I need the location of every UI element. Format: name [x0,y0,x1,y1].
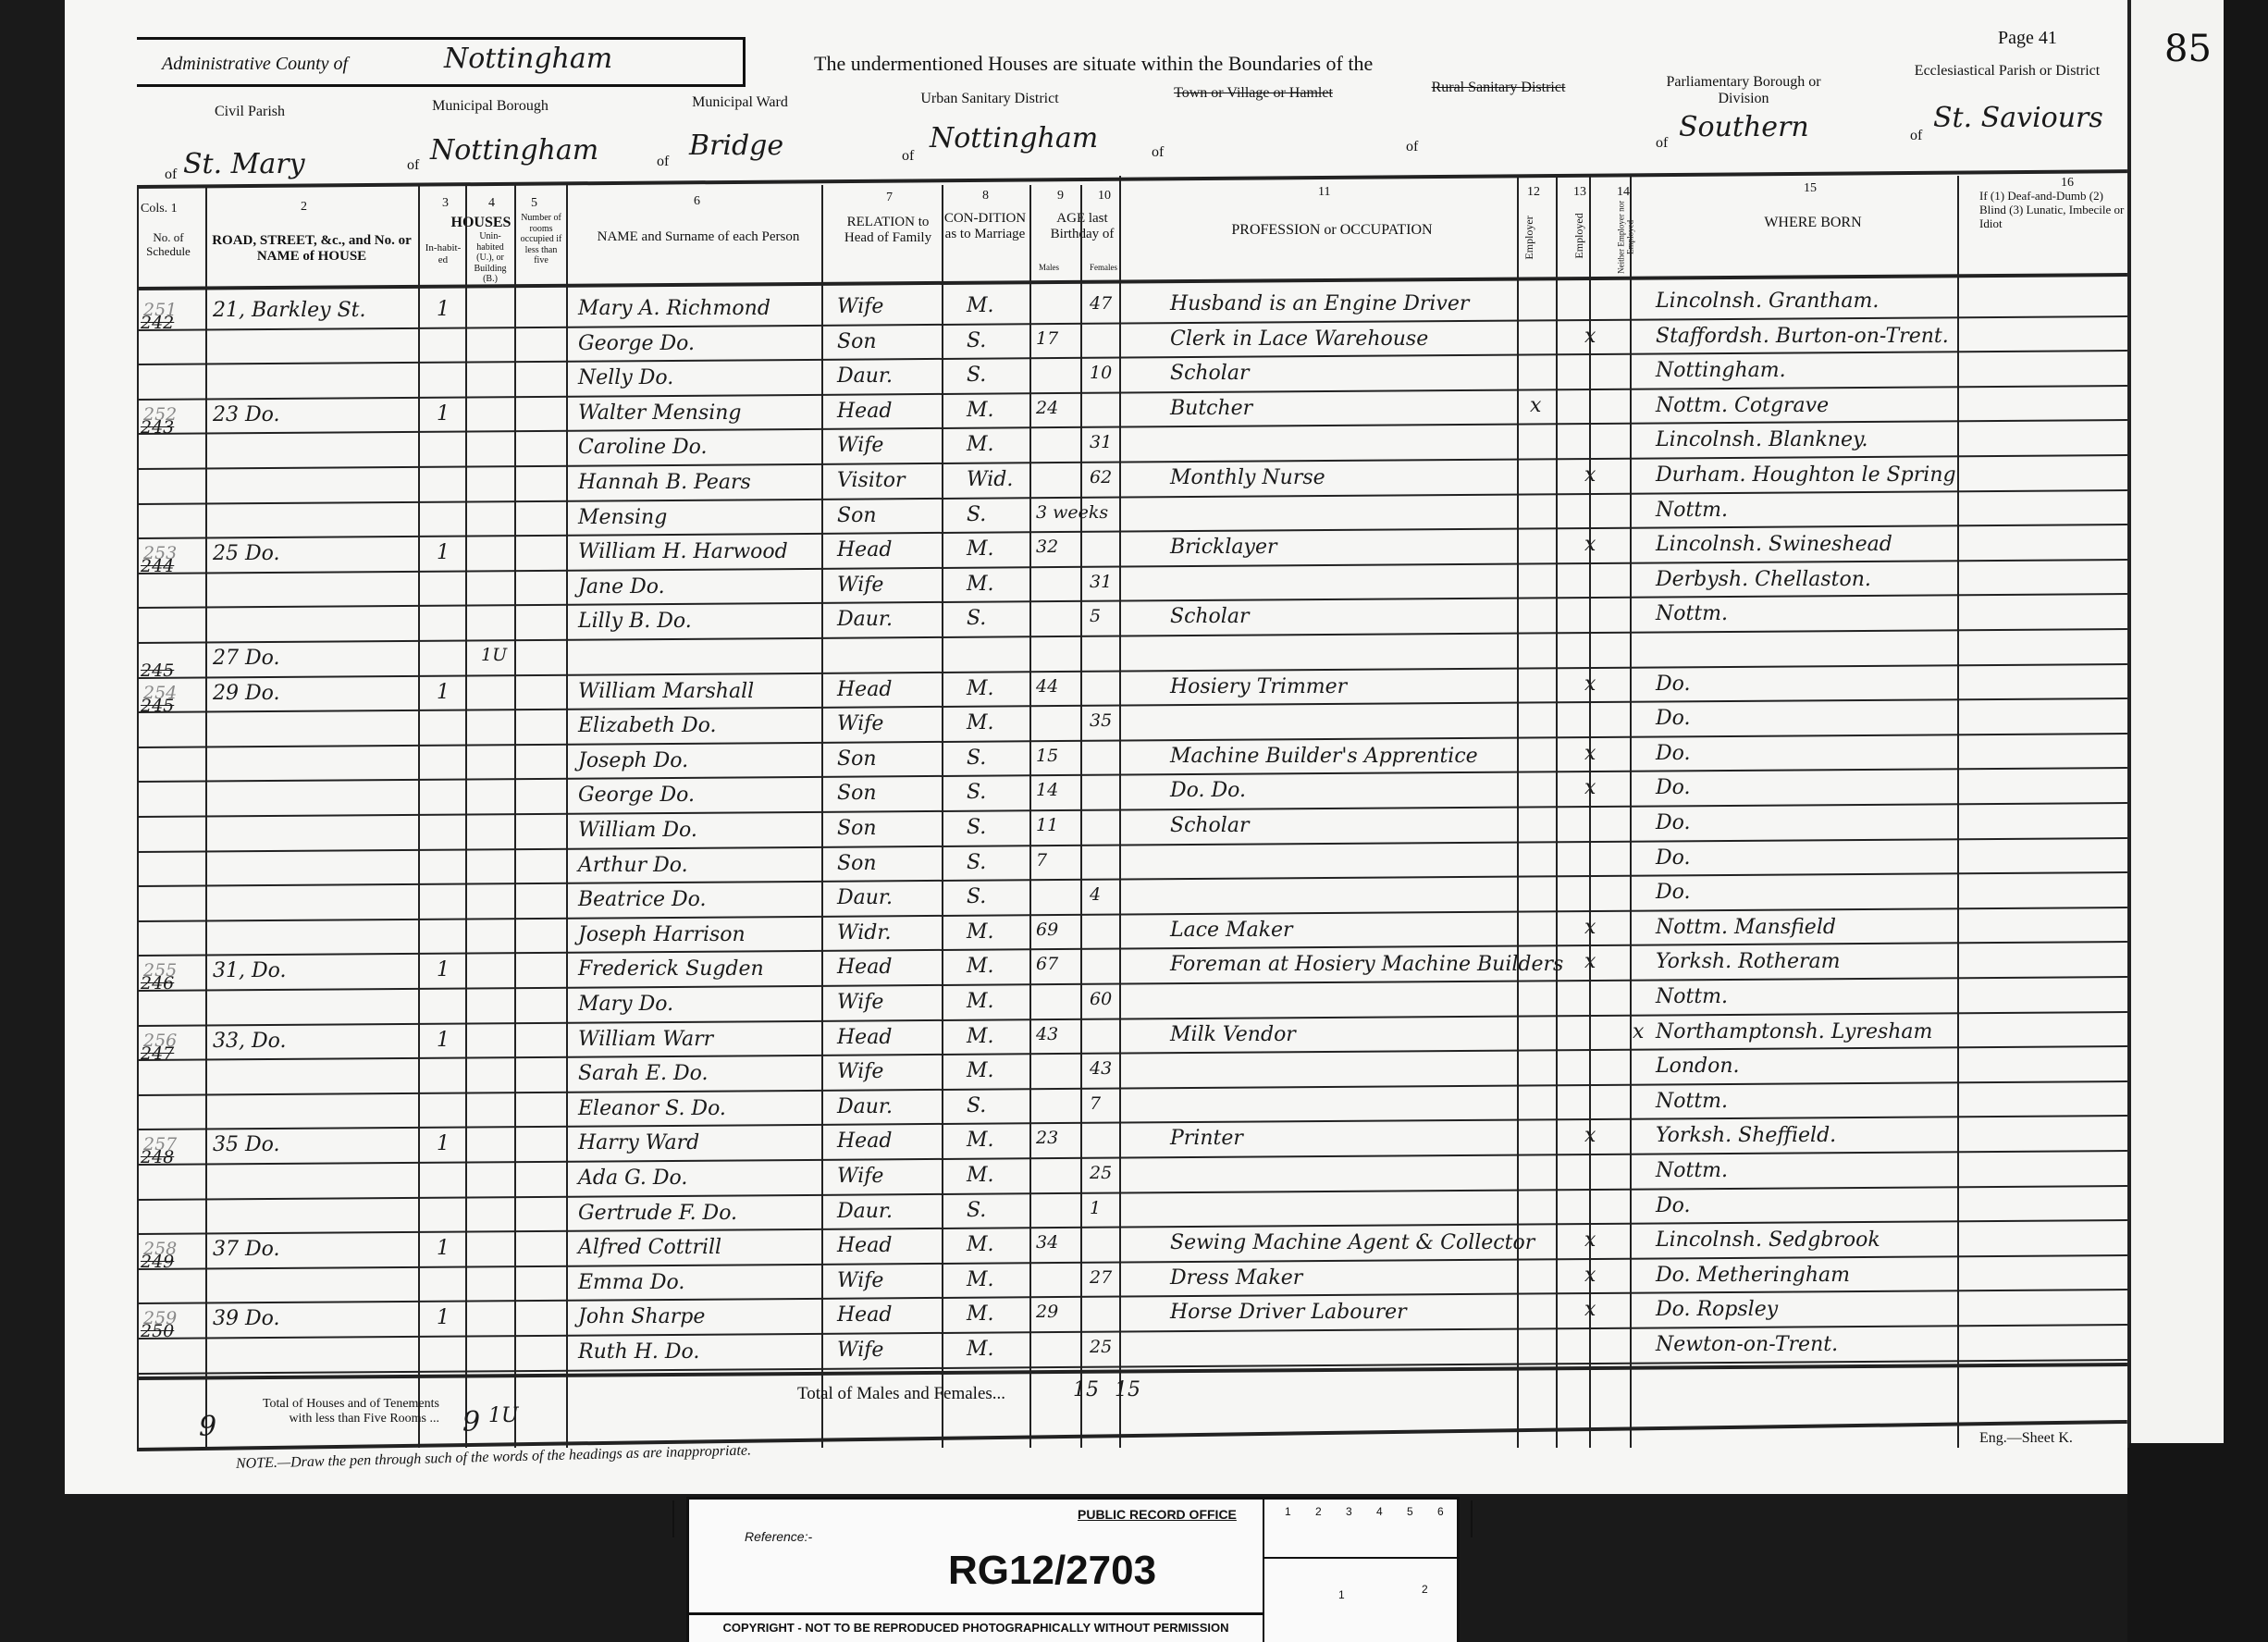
cell-occupation: Bricklayer [1170,536,1277,559]
cell-condition: M. [967,1025,994,1048]
cell-female-age: 60 [1090,989,1112,1009]
cell-male-age: 29 [1036,1302,1058,1322]
cell-relation: Head [837,678,892,701]
col-number: 14 [1617,185,1630,200]
reference-label: Reference:- [745,1529,812,1544]
total-females: 15 [1115,1378,1140,1401]
cell-relation: Head [837,1130,892,1153]
of-prefix: of [407,157,419,174]
cell-struck-schedule: 249 [141,1252,174,1272]
cell-occupation: Husband is an Engine Driver [1170,292,1469,315]
cell-condition: M. [967,990,994,1013]
col-number: 3 [442,196,449,211]
rural-sanitary-label: Rural Sanitary District [1387,80,1609,96]
cell-name: George Do. [578,332,695,355]
column-rule [514,185,516,1448]
cell-inhabited: 1 [437,402,450,426]
cell-occupation: Machine Builder's Apprentice [1170,745,1478,768]
county-label: Administrative County of [162,54,348,75]
cell-struck-schedule: 244 [141,556,174,576]
cell-name: William Do. [578,819,697,842]
ruler-mark: 2 [1422,1583,1428,1596]
persons-total-label: Total of Males and Females... [797,1384,1005,1404]
ruler-mark: 1 [1338,1588,1345,1601]
cell-struck-schedule: 250 [141,1321,174,1341]
cell-occupation: Do. Do. [1170,779,1246,802]
total-schedules: 9 [199,1411,216,1443]
cell-relation: Son [837,782,877,805]
cell-employed: x [1584,673,1596,696]
cell-born: London. [1656,1055,1740,1078]
females-header: Females [1090,263,1117,272]
cell-address: 27 Do. [213,647,279,670]
cell-male-age: 17 [1036,328,1058,349]
total-inhabited: 9 [462,1406,480,1438]
cell-employed: x [1584,463,1596,487]
cell-name: Caroline Do. [578,436,707,459]
cell-inhabited: 1 [437,298,450,321]
cell-condition: M. [967,711,994,735]
cell-inhabited: 1 [437,681,450,704]
cell-born: Newton-on-Trent. [1656,1333,1838,1356]
cell-born: Lincolnsh. Grantham. [1656,290,1879,313]
cell-born: Do. [1656,776,1691,799]
cell-born: Derbysh. Chellaston. [1656,568,1871,591]
ruler-mark: 2 [1315,1505,1322,1518]
col-number: 13 [1573,185,1586,200]
ecclesiastical-parish-value: St. Saviours [1933,102,2103,134]
cell-born: Lincolnsh. Blankney. [1656,428,1868,451]
column-rule [1080,185,1082,1448]
col-number: 2 [301,200,307,215]
cell-relation: Wife [837,712,883,735]
cell-name: Elizabeth Do. [578,714,716,737]
cell-born: Nottm. [1656,1159,1728,1182]
cell-female-age: 47 [1090,293,1112,314]
cell-condition: M. [967,1164,994,1187]
of-prefix: of [902,148,914,165]
cell-born: Do. [1656,1194,1691,1217]
cell-inhabited: 1 [437,1237,450,1260]
col-number: 10 [1098,189,1111,204]
cell-relation: Son [837,852,877,875]
cell-name: Hannah B. Pears [578,471,751,494]
cell-struck-schedule: 246 [141,973,174,994]
cell-name: Ada G. Do. [578,1167,687,1190]
cell-name: William Marshall [578,680,754,703]
cell-female-age: 35 [1090,710,1112,731]
cell-born: Do. [1656,673,1691,696]
cell-born: Do. [1656,811,1691,834]
cell-address: 23 Do. [213,403,279,426]
cell-name: John Sharpe [578,1305,705,1328]
cell-born: Nottm. Cotgrave [1656,394,1829,417]
column-rule [942,185,943,1448]
cell-relation: Son [837,817,877,840]
employer-header: Employer [1523,216,1536,259]
cell-born: Durham. Houghton le Spring [1656,463,1956,487]
cell-condition: M. [967,1302,994,1326]
cell-occupation: Horse Driver Labourer [1170,1301,1407,1324]
column-rule [418,185,420,1448]
col-number: 15 [1804,181,1817,196]
column-rule [1517,176,1519,1448]
cell-born: Do. [1656,881,1691,904]
cell-occupation: Foreman at Hosiery Machine Builders [1170,953,1563,976]
cell-born: Nottm. [1656,985,1728,1008]
uninhabited-header: Unin-habited (U.), or Building (B.) [467,231,513,285]
cell-relation: Son [837,330,877,353]
cell-condition: S. [967,851,986,874]
cell-address: 21, Barkley St. [213,299,366,322]
binding-mark [1471,1500,1473,1537]
cell-condition: M. [967,1233,994,1256]
cell-male-age: 11 [1036,815,1058,835]
cell-born: Do. Metheringham [1656,1264,1850,1287]
cell-female-age: 43 [1090,1058,1112,1079]
cell-condition: M. [967,677,994,700]
cell-male-age: 69 [1036,920,1058,940]
cell-name: George Do. [578,784,695,807]
cell-occupation: Sewing Machine Agent & Collector [1170,1231,1535,1254]
cell-neither: x [1633,1020,1644,1043]
cell-inhabited: 1 [437,1306,450,1329]
cell-condition: S. [967,1199,986,1222]
adjacent-page-strip [2127,0,2224,1443]
name-header: NAME and Surname of each Person [578,229,819,245]
cell-male-age: 67 [1036,954,1058,974]
where-born-header: WHERE BORN [1720,215,1905,231]
cell-name: Joseph Do. [578,749,688,772]
ruler-mark: 3 [1346,1505,1352,1518]
cell-condition: S. [967,1094,986,1117]
cell-male-age: 15 [1036,746,1058,766]
cell-occupation: Milk Vendor [1170,1023,1296,1046]
cell-condition: M. [967,1268,994,1291]
col-number: 5 [531,196,537,211]
cell-condition: S. [967,364,986,387]
cell-relation: Head [837,956,892,979]
cell-name: Nelly Do. [578,366,673,389]
col-number: 4 [488,196,495,211]
condition-header: CON-DITION as to Marriage [943,211,1027,243]
cell-employed: x [1584,742,1596,765]
cell-struck-schedule: 248 [141,1147,174,1167]
cell-condition: S. [967,885,986,908]
cell-born: Nottm. [1656,602,1728,625]
cell-born: Staffordsh. Burton-on-Trent. [1656,325,1949,348]
cell-employed: x [1584,776,1596,799]
cell-condition: Wid. [967,468,1013,491]
cell-male-age: 44 [1036,676,1058,697]
folio-number: 85 [2164,28,2212,70]
ruler-mark: 6 [1437,1505,1444,1518]
col-number: 9 [1057,189,1064,204]
cell-relation: Son [837,504,877,527]
cell-condition: M. [967,573,994,596]
cell-inhabited: 1 [437,541,450,564]
cell-uninhabited: 1U [481,645,507,665]
cell-relation: Head [837,538,892,562]
cell-relation: Son [837,747,877,771]
cell-female-age: 31 [1090,572,1112,592]
cell-struck-schedule: 245 [141,661,174,681]
cell-address: 39 Do. [213,1307,279,1330]
cell-female-age: 5 [1090,606,1101,626]
cell-occupation: Printer [1170,1127,1243,1150]
column-rule [465,185,467,1448]
cell-occupation: Monthly Nurse [1170,466,1325,489]
inhabited-header: In-habit-ed [421,242,465,265]
cell-relation: Wife [837,434,883,457]
municipal-borough-value: Nottingham [430,134,598,167]
cell-address: 33, Do. [213,1030,286,1053]
parliamentary-division-label: Parliamentary Borough or Division [1642,74,1845,108]
cell-occupation: Butcher [1170,397,1252,420]
cell-female-age: 31 [1090,432,1112,452]
schedule-header: No. of Schedule [141,231,196,259]
cell-born: Yorksh. Rotheram [1656,950,1840,973]
cell-female-age: 27 [1090,1267,1112,1288]
cell-occupation: Hosiery Trimmer [1170,675,1347,698]
cell-born: Nottm. [1656,499,1728,522]
of-prefix: of [165,167,177,183]
cell-male-age: 34 [1036,1232,1058,1253]
cell-condition: M. [967,433,994,456]
ruler-mark: 4 [1376,1505,1383,1518]
intro-text: The undermentioned Houses are situate wi… [814,52,1373,75]
cell-born: Nottm. [1656,1090,1728,1113]
cell-born: Nottingham. [1656,359,1786,382]
page-label: Page 41 [1998,28,2057,49]
cell-male-age: 24 [1036,398,1058,418]
col-number: 7 [886,191,893,205]
cell-born: Lincolnsh. Swineshead [1656,533,1892,556]
cell-name: Alfred Cottrill [578,1236,721,1259]
cell-relation: Head [837,400,892,423]
cell-address: 29 Do. [213,682,279,705]
cell-name: Mary Do. [578,993,673,1016]
cell-name: Beatrice Do. [578,888,707,911]
cell-inhabited: 1 [437,1029,450,1052]
col-number: 6 [694,194,700,209]
cell-relation: Daur. [837,886,893,909]
neither-header: Neither Employer nor Employed [1617,200,1636,274]
parliamentary-division-value: Southern [1679,111,1809,143]
column-rule [821,185,823,1448]
cell-occupation: Scholar [1170,605,1249,628]
cell-born: Do. [1656,846,1691,870]
cell-condition: M. [967,955,994,978]
of-prefix: of [1406,139,1418,155]
rooms-header: Number of rooms occupied if less than fi… [518,213,564,266]
cell-name: William H. Harwood [578,540,788,563]
cell-name: Mensing [578,506,667,529]
cell-relation: Daur. [837,608,893,631]
cell-born: Do. [1656,742,1691,765]
cell-condition: S. [967,781,986,804]
cell-employed: x [1584,916,1596,939]
cell-employed: x [1584,1264,1596,1287]
cell-condition: M. [967,294,994,317]
cell-occupation: Scholar [1170,362,1249,385]
males-header: Males [1039,263,1059,272]
cell-condition: M. [967,920,994,944]
cell-born: Do. Ropsley [1656,1298,1778,1321]
cell-male-age: 7 [1036,850,1047,870]
address-header: ROAD, STREET, &c., and No. or NAME of HO… [205,233,418,265]
col-number: 12 [1527,185,1540,200]
cell-address: 31, Do. [213,959,286,982]
cell-employed: x [1584,1228,1596,1252]
cell-male-age: 23 [1036,1128,1058,1148]
cell-name: Emma Do. [578,1271,684,1294]
cell-condition: M. [967,1338,994,1361]
cell-female-age: 25 [1090,1337,1112,1357]
occupation-header: PROFESSION or OCCUPATION [1184,222,1480,239]
ruler-mark: 5 [1407,1505,1413,1518]
column-rule [1556,176,1558,1448]
cell-relation: Daur. [837,364,893,388]
cell-born: Lincolnsh. Sedgbrook [1656,1228,1880,1252]
cell-condition: S. [967,503,986,526]
cell-inhabited: 1 [437,1132,450,1155]
of-prefix: of [1910,128,1922,144]
total-males: 15 [1073,1378,1099,1401]
cell-struck-schedule: 243 [141,417,174,438]
municipal-borough-label: Municipal Borough [398,98,583,115]
urban-sanitary-label: Urban Sanitary District [888,91,1091,107]
employed-header: Employed [1573,213,1586,258]
town-village-label: Town or Village or Hamlet [1138,85,1369,102]
civil-parish-label: Civil Parish [180,104,319,120]
cell-inhabited: 1 [437,958,450,981]
cell-born: Do. [1656,707,1691,730]
cell-name: Arthur Do. [578,854,688,877]
of-prefix: of [1152,144,1164,161]
sheet-label: Eng.—Sheet K. [1979,1430,2073,1447]
cell-condition: M. [967,1059,994,1082]
cell-employed: x [1584,1124,1596,1147]
cell-address: 37 Do. [213,1238,279,1261]
cell-born: Nottm. Mansfield [1656,916,1836,939]
cell-name: Ruth H. Do. [578,1340,699,1364]
column-rule [1589,176,1591,1448]
cell-condition: S. [967,816,986,839]
cell-occupation: Clerk in Lace Warehouse [1170,327,1428,351]
cell-born: Northamptonsh. Lyresham [1656,1020,1932,1043]
cell-relation: Head [837,1026,892,1049]
cell-name: Eleanor S. Do. [578,1097,726,1120]
cell-female-age: 1 [1090,1198,1101,1218]
cell-relation: Head [837,1234,892,1257]
cell-employer: x [1530,394,1541,417]
copyright-notice: COPYRIGHT - NOT TO BE REPRODUCED PHOTOGR… [689,1612,1263,1635]
municipal-ward-label: Municipal Ward [657,94,823,111]
record-office-title: PUBLIC RECORD OFFICE [1078,1507,1237,1522]
cell-condition: S. [967,747,986,770]
cell-condition: M. [967,399,994,422]
urban-sanitary-value: Nottingham [930,122,1098,154]
cell-name: Mary A. Richmond [578,297,770,320]
cell-name: Jane Do. [578,575,665,599]
cell-struck-schedule: 242 [141,313,174,333]
cell-relation: Wife [837,1060,883,1083]
municipal-ward-value: Bridge [689,130,783,162]
ruler-mark: 1 [1285,1505,1291,1518]
cell-employed: x [1584,950,1596,973]
col-number: 8 [982,189,989,204]
cell-name: Harry Ward [578,1131,699,1154]
reference-code: RG12/2703 [948,1548,1156,1594]
cell-male-age: 3 weeks [1036,502,1108,523]
cell-name: William Warr [578,1028,713,1051]
cell-name: Joseph Harrison [578,923,746,946]
cell-name: Sarah E. Do. [578,1062,709,1085]
col-number: 11 [1318,185,1330,200]
cell-name: Walter Mensing [578,401,742,425]
col-number: Cols. 1 [141,202,178,216]
scale-ruler: 1 2 3 4 5 6 1 2 [1263,1500,1459,1642]
cell-condition: M. [967,1129,994,1152]
of-prefix: of [657,154,669,170]
cell-relation: Wife [837,1165,883,1188]
age-header: AGE last Birthday of [1036,211,1128,243]
cell-relation: Head [837,1303,892,1327]
houses-total-label: Total of Houses and of Tenements with le… [254,1397,439,1426]
cell-occupation: Lace Maker [1170,919,1293,942]
cell-male-age: 43 [1036,1024,1058,1044]
cell-address: 25 Do. [213,542,279,565]
column-rule [1029,185,1031,1448]
cell-relation: Widr. [837,921,891,944]
total-uninhabited: 1U [488,1404,519,1427]
binding-mark [672,1500,674,1537]
relation-header: RELATION to Head of Family [832,215,943,247]
cell-condition: M. [967,537,994,561]
reference-card: PUBLIC RECORD OFFICE Reference:- RG12/27… [686,1497,1460,1642]
cell-name: Frederick Sugden [578,957,764,981]
cell-name: Lilly B. Do. [578,610,692,633]
column-rule [566,185,568,1448]
cell-struck-schedule: 247 [141,1043,174,1064]
civil-parish-value: St. Mary [183,148,305,180]
cell-relation: Wife [837,1339,883,1362]
column-rule [1119,176,1121,1448]
cell-female-age: 25 [1090,1163,1112,1183]
cell-born: Yorksh. Sheffield. [1656,1124,1836,1147]
county-value: Nottingham [444,43,612,75]
cell-relation: Wife [837,574,883,597]
cell-male-age: 32 [1036,537,1058,557]
cell-employed: x [1584,325,1596,348]
cell-name: Gertrude F. Do. [578,1202,737,1225]
cell-employed: x [1584,533,1596,556]
cell-relation: Daur. [837,1200,893,1223]
cell-relation: Daur. [837,1095,893,1118]
cell-relation: Wife [837,295,883,318]
ecclesiastical-parish-label: Ecclesiastical Parish or District [1905,63,2109,80]
cell-female-age: 7 [1090,1093,1101,1114]
cell-occupation: Scholar [1170,814,1249,837]
of-prefix: of [1656,135,1668,152]
column-rule [2127,176,2129,1448]
cell-male-age: 14 [1036,780,1058,800]
cell-female-age: 10 [1090,363,1112,383]
cell-female-age: 4 [1090,884,1101,905]
cell-relation: Wife [837,1269,883,1292]
cell-occupation: Dress Maker [1170,1266,1302,1290]
